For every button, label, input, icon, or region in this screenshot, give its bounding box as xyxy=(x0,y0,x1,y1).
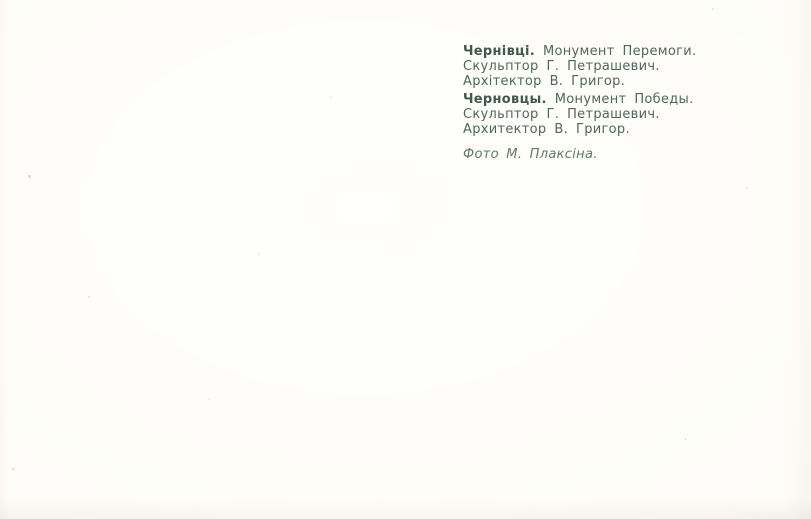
caption-block: Чернівці. Монумент Перемоги. Скульптор Г… xyxy=(463,44,696,162)
caption-uk-monument: Монумент Перемоги. xyxy=(543,44,696,59)
caption-line-uk-title: Чернівці. Монумент Перемоги. xyxy=(463,44,696,59)
caption-line-uk-architect: Архітектор В. Григор. xyxy=(463,74,696,89)
dust-speck xyxy=(208,398,210,400)
dust-speck xyxy=(12,468,15,470)
photo-credit: Фото М. Плаксіна. xyxy=(463,147,696,162)
caption-line-uk-sculptor: Скульптор Г. Петрашевич. xyxy=(463,59,696,74)
dust-speck xyxy=(746,187,748,189)
caption-uk-place: Чернівці. xyxy=(463,44,535,59)
dust-speck xyxy=(684,438,687,440)
caption-line-ru-title: Черновцы. Монумент Победы. xyxy=(463,92,696,107)
caption-line-ru-architect: Архитектор В. Григор. xyxy=(463,122,696,137)
postcard-back: Чернівці. Монумент Перемоги. Скульптор Г… xyxy=(0,0,811,519)
caption-line-ru-sculptor: Скульптор Г. Петрашевич. xyxy=(463,107,696,122)
dust-speck xyxy=(88,296,90,298)
dust-speck xyxy=(258,253,260,255)
caption-ru-monument: Монумент Победы. xyxy=(555,92,694,107)
dust-speck xyxy=(712,8,714,10)
dust-speck xyxy=(330,96,332,98)
caption-ru-place: Черновцы. xyxy=(463,92,547,107)
dust-speck xyxy=(28,175,31,178)
